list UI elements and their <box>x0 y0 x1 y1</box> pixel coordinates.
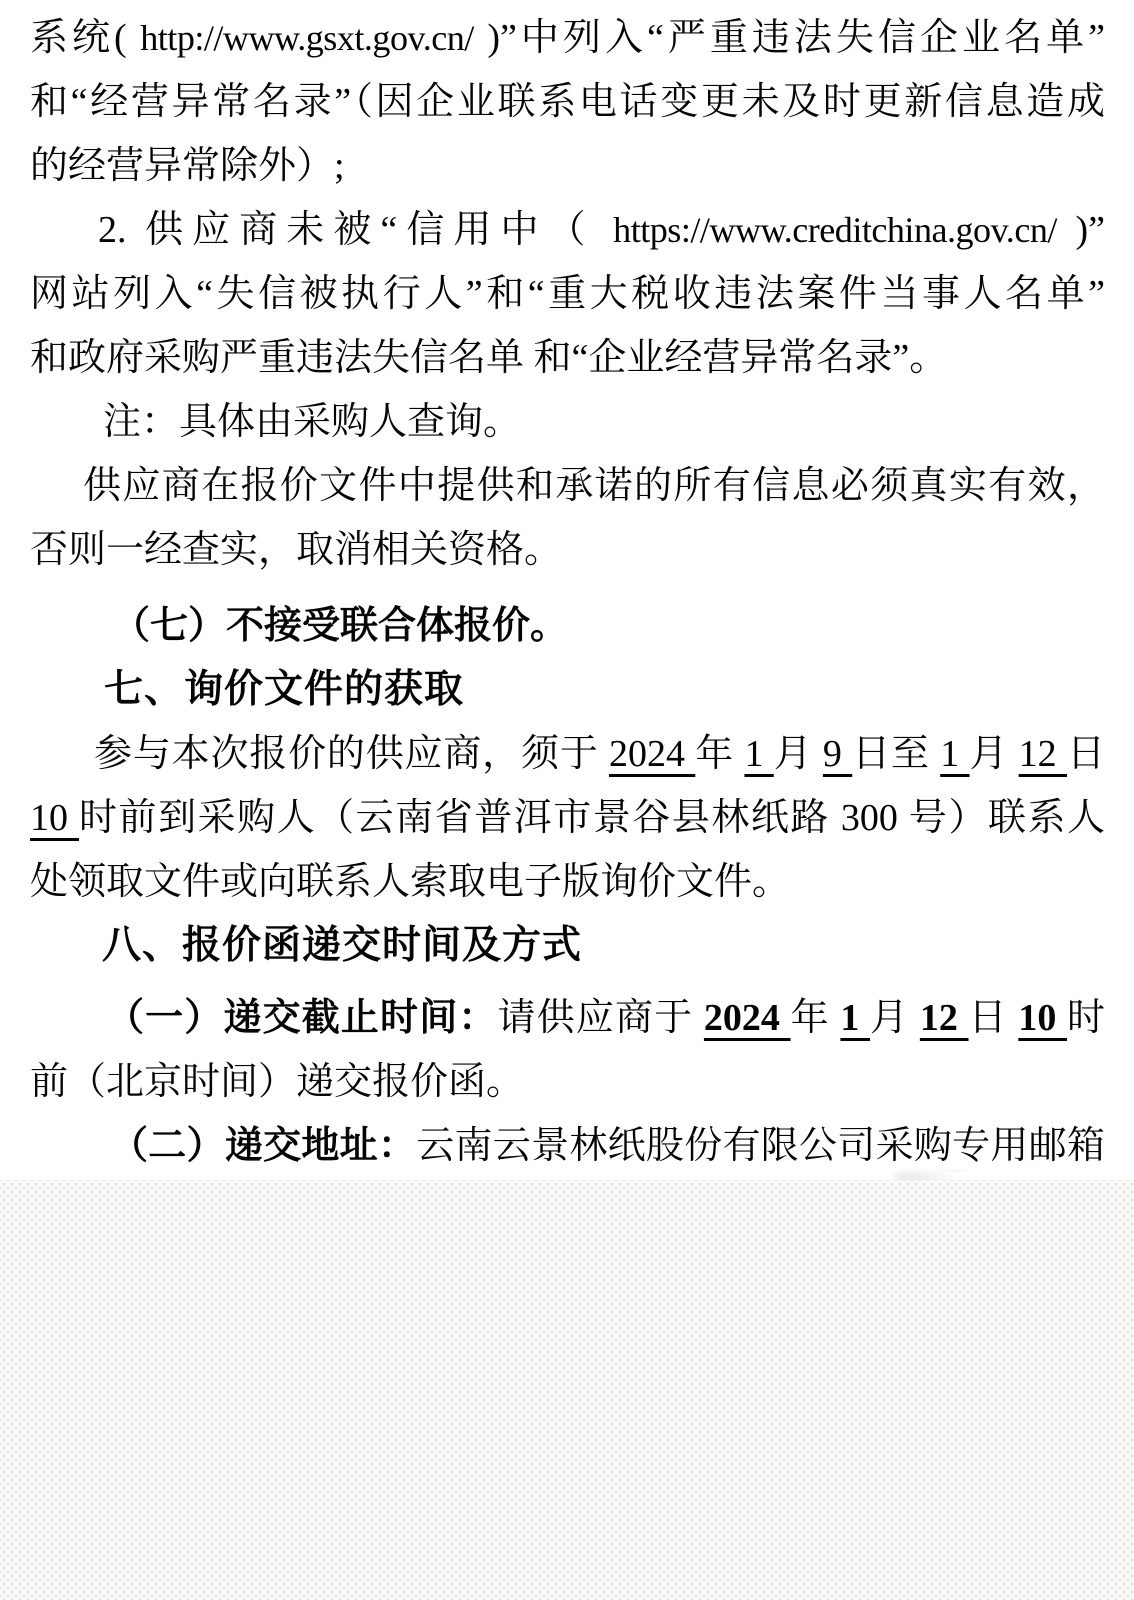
text-segment: )”中列入“严重违法失信企业名单” <box>474 17 1105 59</box>
text-segment: 月 <box>774 733 823 775</box>
text-segment: 七、询价文件的获取 <box>104 668 464 711</box>
document-line: 和政府采购严重违法失信名单 和“企业经营异常名录”。 <box>30 326 1105 390</box>
underlined-number: 1 <box>840 997 870 1039</box>
text-segment: 年 <box>695 733 744 775</box>
text-segment: 日 <box>1067 733 1105 775</box>
text-segment: 月 <box>870 997 920 1039</box>
text-segment: （二）递交地址： <box>110 1125 416 1167</box>
document-line: 参与本次报价的供应商，须于 2024 年 1 月 9 日至 1 月 12 日 <box>30 722 1105 786</box>
url-text: http://www.gsxt.gov.cn/ <box>140 18 474 58</box>
text-segment: 前（北京时间）递交报价函。 <box>30 1061 524 1103</box>
text-segment: 时前到采购人（云南省普洱市景谷县林纸路 <box>79 797 841 839</box>
text-segment: 网站列入“失信被执行人”和“重大税收违法案件当事人名单” <box>30 273 1105 315</box>
text-segment: 2. 供应商未被“信用中（ <box>98 209 613 251</box>
text-segment: （一）递交截止时间： <box>106 997 498 1039</box>
text-segment: 云南云景林纸股份有限公司采购专用邮箱 <box>416 1125 1105 1167</box>
url-text: https://www.creditchina.gov.cn/ <box>613 210 1057 250</box>
text-segment: 处领取文件或向联系人索取电子版询价文件。 <box>30 861 790 903</box>
underlined-number: 12 <box>920 997 969 1039</box>
text-segment: 号）联系人 <box>898 797 1105 839</box>
document-line: （二）递交地址：云南云景林纸股份有限公司采购专用邮箱 <box>30 1114 1105 1178</box>
section-heading: 七、询价文件的获取 <box>30 658 1105 722</box>
document-line: 的经营异常除外）; <box>30 134 1105 198</box>
text-segment: )” <box>1057 209 1105 251</box>
underlined-number: 10 <box>1018 997 1067 1039</box>
text-segment: 供应商在报价文件中提供和承诺的所有信息必须真实有效， <box>83 465 1105 507</box>
document-line: 供应商在报价文件中提供和承诺的所有信息必须真实有效， <box>30 454 1105 518</box>
document-line: （一）递交截止时间：请供应商于 2024 年 1 月 12 日 10 时 <box>30 986 1105 1050</box>
text-segment: 和“经营异常名录”（因企业联系电话变更未及时更新信息造成 <box>30 81 1105 123</box>
underlined-number: 2024 <box>704 997 791 1039</box>
document-line: 系统( http://www.gsxt.gov.cn/ )”中列入“严重违法失信… <box>30 6 1105 70</box>
document-line: （七）不接受联合体报价。 <box>30 594 1105 658</box>
text-segment: 日至 <box>852 733 940 775</box>
document-line: 网站列入“失信被执行人”和“重大税收违法案件当事人名单” <box>30 262 1105 326</box>
text-segment: 月 <box>970 733 1019 775</box>
document-line: 处领取文件或向联系人索取电子版询价文件。 <box>30 850 1105 914</box>
document-line: 2. 供应商未被“信用中（ https://www.creditchina.go… <box>30 198 1105 262</box>
paper-texture <box>0 1180 1134 1600</box>
text-segment: 参与本次报价的供应商，须于 <box>94 733 609 775</box>
text-segment: 否则一经查实，取消相关资格。 <box>30 529 562 571</box>
document-line: 注：具体由采购人查询。 <box>30 390 1105 454</box>
text-segment: 请供应商于 <box>498 997 704 1039</box>
underlined-number: 9 <box>823 733 852 775</box>
document-line: 和“经营异常名录”（因企业联系电话变更未及时更新信息造成 <box>30 70 1105 134</box>
underlined-number: 1 <box>940 733 969 775</box>
text-segment: 的经营异常除外）; <box>30 145 345 187</box>
document-page: 系统( http://www.gsxt.gov.cn/ )”中列入“严重违法失信… <box>0 0 1134 1600</box>
number-text: 300 <box>841 797 898 839</box>
section-heading: 八、报价函递交时间及方式 <box>30 914 1105 978</box>
text-segment: 注：具体由采购人查询。 <box>103 401 521 443</box>
text-segment: （七）不接受联合体报价。 <box>112 605 568 647</box>
text-segment: 时 <box>1067 997 1105 1039</box>
underlined-number: 12 <box>1019 733 1067 775</box>
text-segment: 和政府采购严重违法失信名单 和“企业经营异常名录”。 <box>30 337 947 379</box>
document-content: 系统( http://www.gsxt.gov.cn/ )”中列入“严重违法失信… <box>0 0 1134 1178</box>
document-line: 否则一经查实，取消相关资格。 <box>30 518 1105 582</box>
text-segment: 八、报价函递交时间及方式 <box>102 924 582 967</box>
underlined-number: 10 <box>30 797 79 839</box>
text-segment: 系统( <box>30 17 140 59</box>
document-line: 前（北京时间）递交报价函。 <box>30 1050 1105 1114</box>
text-segment: 日 <box>969 997 1019 1039</box>
underlined-number: 1 <box>744 733 773 775</box>
text-segment: 年 <box>791 997 841 1039</box>
document-line: 10 时前到采购人（云南省普洱市景谷县林纸路 300 号）联系人 <box>30 786 1105 850</box>
underlined-number: 2024 <box>609 733 695 775</box>
